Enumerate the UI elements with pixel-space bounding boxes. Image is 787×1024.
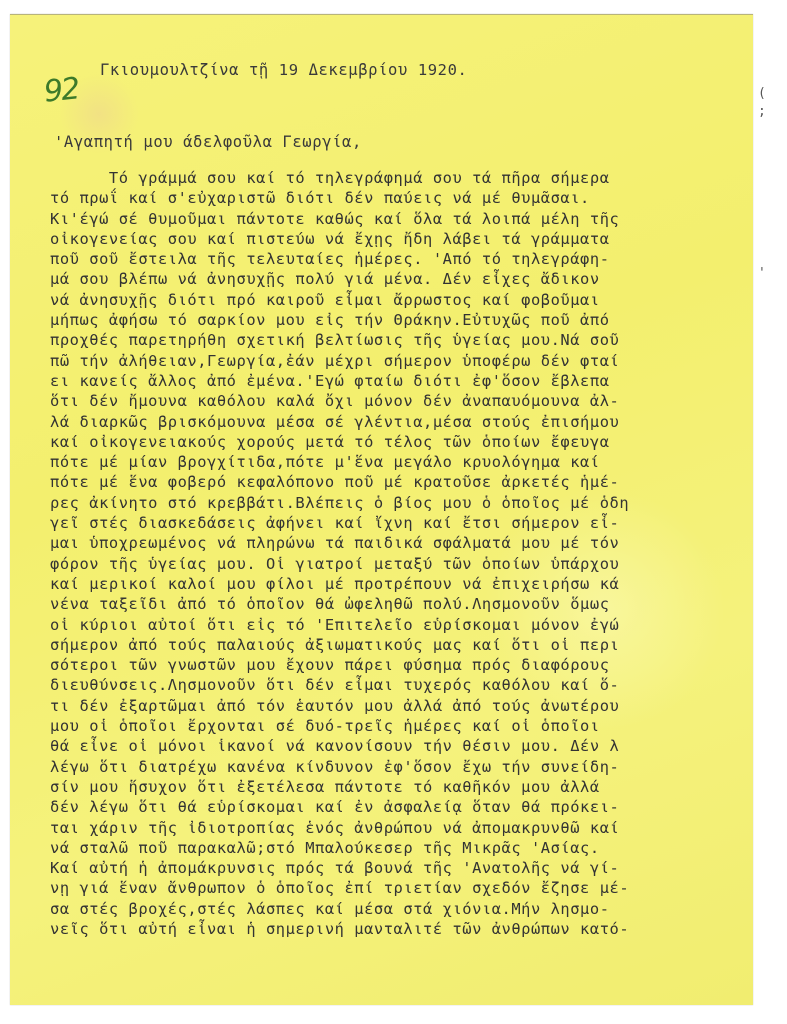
letter-line: μά σου βλέπω νά ἀνησυχῇς πολύ γιά μένα. …: [50, 269, 770, 289]
letter-line: ται χάριν τῆς ἰδιοτροπίας ἑνός ἀνθρώπου …: [50, 818, 770, 838]
letter-line: νεῖς ὅτι αὐτή εἶναι ἡ σημερινή μανταλιτέ…: [50, 919, 770, 939]
letter-line: σα στές βροχές,στές λάσπες καί μέσα στά …: [50, 899, 770, 919]
letter-line: ει κανείς ἄλλος ἀπό ἐμένα.'Εγώ φταίω διό…: [50, 371, 770, 391]
letter-line: ρες ἀκίνητο στό κρεββάτι.Βλέπεις ὁ βίος …: [50, 493, 770, 513]
letter-line: νένα ταξεῖδι ἀπό τό ὁποῖον θά ὠφεληθῶ πο…: [50, 594, 770, 614]
letter-line: ποῦ σοῦ ἔστειλα τῆς τελευταίες ἡμέρες. '…: [50, 249, 770, 269]
letter-line: Καί αὐτή ἡ ἀπομάκρυνσις πρός τά βουνά τῆ…: [50, 858, 770, 878]
letter-line: διευθύνσεις.Λησμονοῦν ὅτι δέν εἶμαι τυχε…: [50, 675, 770, 695]
letter-line: φόρον τῆς ὑγείας μου. Οἱ γιατροί μεταξύ …: [50, 554, 770, 574]
letter-line: σίν μου ἥσυχον ὅτι ἐξετέλεσα πάντοτε τό …: [50, 777, 770, 797]
dateline: Γκιουμουλτζίνα τῇ 19 Δεκεμβρίου 1920.: [100, 61, 467, 79]
letter-line: προχθές παρετηρήθη σχετική βελτίωσις τῆς…: [50, 330, 770, 350]
letter-line: νά σταλῶ ποῦ παρακαλῶ;στό Μπαλούκεσερ τῆ…: [50, 838, 770, 858]
salutation: 'Αγαπητή μου άδελφοῦλα Γεωργία,: [54, 133, 362, 151]
letter-line: δέν λέγω ὅτι θά εὑρίσκομαι καί ἐν ἀσφαλε…: [50, 797, 770, 817]
letter-line: οἰκογενείας σου καί πιστεύω νά ἔχῃς ἤδη …: [50, 229, 770, 249]
letter-line: πότε μέ μίαν βρογχίτιδα,πότε μ'ἕνα μεγάλ…: [50, 452, 770, 472]
letter-line: γεῖ στές διασκεδάσεις ἀφήνει καί ἴχνη κα…: [50, 513, 770, 533]
letter-line: Τό γράμμά σου καί τό τηλεγράφημά σου τά …: [50, 168, 770, 188]
letter-line: σότεροι τῶν γνωστῶν μου ἔχουν πάρει φύση…: [50, 655, 770, 675]
letter-line: πῶ τήν ἀλήθειαν,Γεωργία,ἐάν μέχρι σήμερο…: [50, 351, 770, 371]
letter-line: πότε μέ ἕνα φοβερό κεφαλόπονο ποῦ μέ κρα…: [50, 472, 770, 492]
letter-line: μαι ὑποχρεωμένος νά πληρώνω τά παιδικά σ…: [50, 533, 770, 553]
letter-line: μου οἱ ὁποῖοι ἔρχονται σέ δυό-τρεῖς ἡμέρ…: [50, 716, 770, 736]
letter-line: τι δέν ἐξαρτῶμαι ἀπό τόν ἑαυτόν μου ἀλλά…: [50, 696, 770, 716]
letter-line: σήμερον ἀπό τούς παλαιούς ἀξιωματικούς μ…: [50, 635, 770, 655]
letter-line: καί οἰκογενειακούς χορούς μετά τό τέλος …: [50, 432, 770, 452]
letter-line: νά ἀνησυχῇς διότι πρό καιροῦ εἶμαι ἄρρωσ…: [50, 290, 770, 310]
letter-line: λέγω ὅτι διατρέχω κανένα κίνδυνον ἐφ'ὅσο…: [50, 757, 770, 777]
letter-line: λά διαρκῶς βρισκόμουνα μέσα σέ γλέντια,μ…: [50, 412, 770, 432]
letter-line: Κι'έγώ σέ θυμοῦμαι πάντοτε καθώς καί ὅλα…: [50, 209, 770, 229]
handwritten-page-number: 92: [42, 71, 80, 109]
letter-line: θά εἶνε οἱ μόνοι ἱκανοί νά κανονίσουν τή…: [50, 736, 770, 756]
letter-line: ὅτι δέν ἤμουνα καθόλου καλά ὄχι μόνον δέ…: [50, 391, 770, 411]
letter-line: μήπως ἀφήσω τό σαρκίον μου εἰς τήν Θράκη…: [50, 310, 770, 330]
letter-line: οἱ κύριοι αὐτοί ὅτι εἰς τό 'Επιτελεῖο εὑ…: [50, 615, 770, 635]
letter-page: 92 Γκιουμουλτζίνα τῇ 19 Δεκεμβρίου 1920.…: [10, 14, 753, 1005]
letter-body: Τό γράμμά σου καί τό τηλεγράφημά σου τά …: [50, 168, 770, 939]
margin-marks: ( ; ': [758, 85, 766, 283]
letter-line: τό πρωΐ καί σ'εὐχαριστῶ διότι δέν παύεις…: [50, 188, 770, 208]
letter-line: νῃ γιά ἕναν ἄνθρωπον ὁ ὁποῖος ἐπί τριετί…: [50, 878, 770, 898]
letter-line: καί μερικοί καλοί μου φίλοι μέ προτρέπου…: [50, 574, 770, 594]
